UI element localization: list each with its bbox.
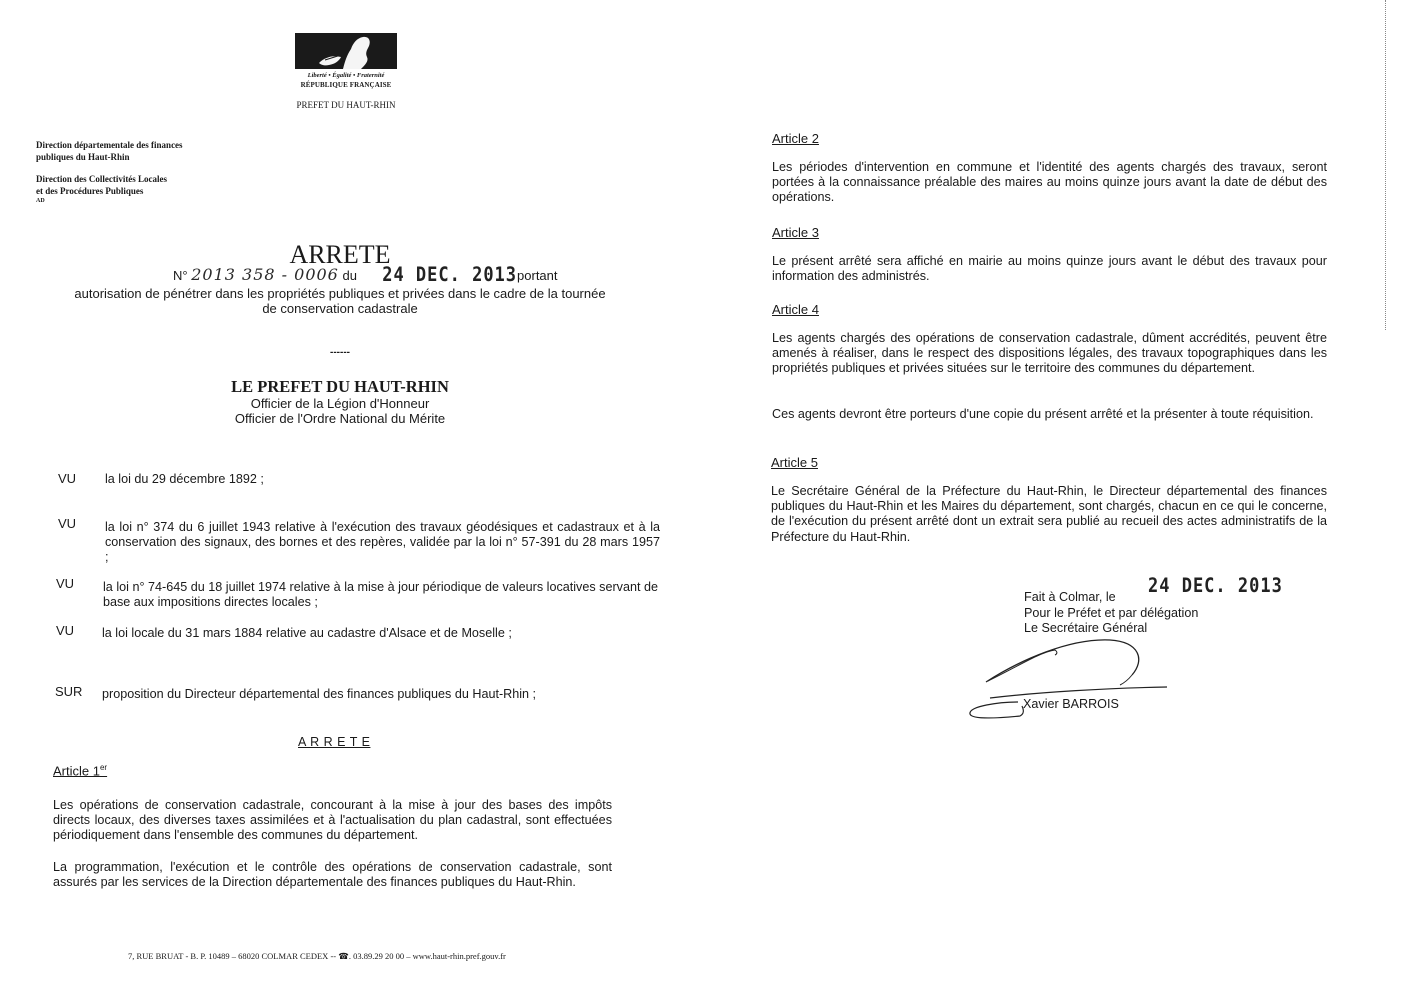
article-1-paragraph-2: La programmation, l'exécution et le cont… bbox=[53, 860, 612, 890]
prefecture-name: PREFET DU HAUT-RHIN bbox=[289, 100, 403, 110]
decree-date-stamp: 24 DEC. 2013 bbox=[382, 264, 517, 287]
separator: ------ bbox=[240, 345, 440, 360]
department-dgfip: Direction départementale des finances pu… bbox=[36, 139, 183, 163]
number-prefix: N° bbox=[173, 268, 188, 283]
article-2-paragraph: Les périodes d'intervention en commune e… bbox=[772, 160, 1327, 206]
signature-place: Fait à Colmar, le bbox=[1024, 590, 1198, 606]
article-3-paragraph: Le présent arrêté sera affiché en mairie… bbox=[772, 254, 1327, 284]
website-link: – www.haut-rhin.pref.gouv.fr bbox=[406, 951, 506, 961]
article-4-heading: Article 4 bbox=[772, 302, 819, 317]
article-1-heading: Article 1er bbox=[53, 763, 107, 778]
footer-address: 7, RUE BRUAT - B. P. 10489 – 68020 COLMA… bbox=[128, 951, 506, 962]
article-4-paragraph-1: Les agents chargés des opérations de con… bbox=[772, 331, 1327, 377]
authority-honors: Officier de la Légion d'Honneur Officier… bbox=[140, 396, 540, 426]
republic-name: RÉPUBLIQUE FRANÇAISE bbox=[295, 81, 397, 89]
article-1-paragraph-1: Les opérations de conservation cadastral… bbox=[53, 798, 612, 844]
portant-label: portant bbox=[517, 268, 557, 283]
article-5-paragraph: Le Secrétaire Général de la Préfecture d… bbox=[771, 484, 1327, 545]
article-2-heading: Article 2 bbox=[772, 131, 819, 146]
decree-number-line: N° 2013 358 - 0006 du 24 DEC. 2013portan… bbox=[173, 265, 558, 285]
arrete-heading: A R R E T E bbox=[298, 735, 370, 749]
article-3-heading: Article 3 bbox=[772, 225, 819, 240]
marianne-emblem-icon bbox=[295, 33, 397, 69]
article-5-heading: Article 5 bbox=[771, 455, 818, 470]
department-ref: AD bbox=[36, 197, 167, 206]
republique-francaise-logo: Liberté • Égalité • Fraternité RÉPUBLIQU… bbox=[295, 33, 397, 111]
du-label: du bbox=[342, 268, 356, 283]
signature-delegation: Pour le Préfet et par délégation bbox=[1024, 606, 1198, 622]
decree-number-handwritten: 2013 358 - 0006 bbox=[191, 265, 339, 284]
authority-title: LE PREFET DU HAUT-RHIN bbox=[0, 377, 680, 397]
scan-edge-line bbox=[1385, 0, 1387, 330]
signatory-name: Xavier BARROIS bbox=[1023, 697, 1119, 711]
telephone-icon: ☎ bbox=[338, 951, 349, 961]
decree-subject: autorisation de pénétrer dans les propri… bbox=[40, 286, 640, 316]
motto: Liberté • Égalité • Fraternité bbox=[295, 72, 397, 79]
article-4-paragraph-2: Ces agents devront être porteurs d'une c… bbox=[772, 407, 1327, 422]
department-dclpp: Direction des Collectivités Locales et d… bbox=[36, 173, 167, 206]
